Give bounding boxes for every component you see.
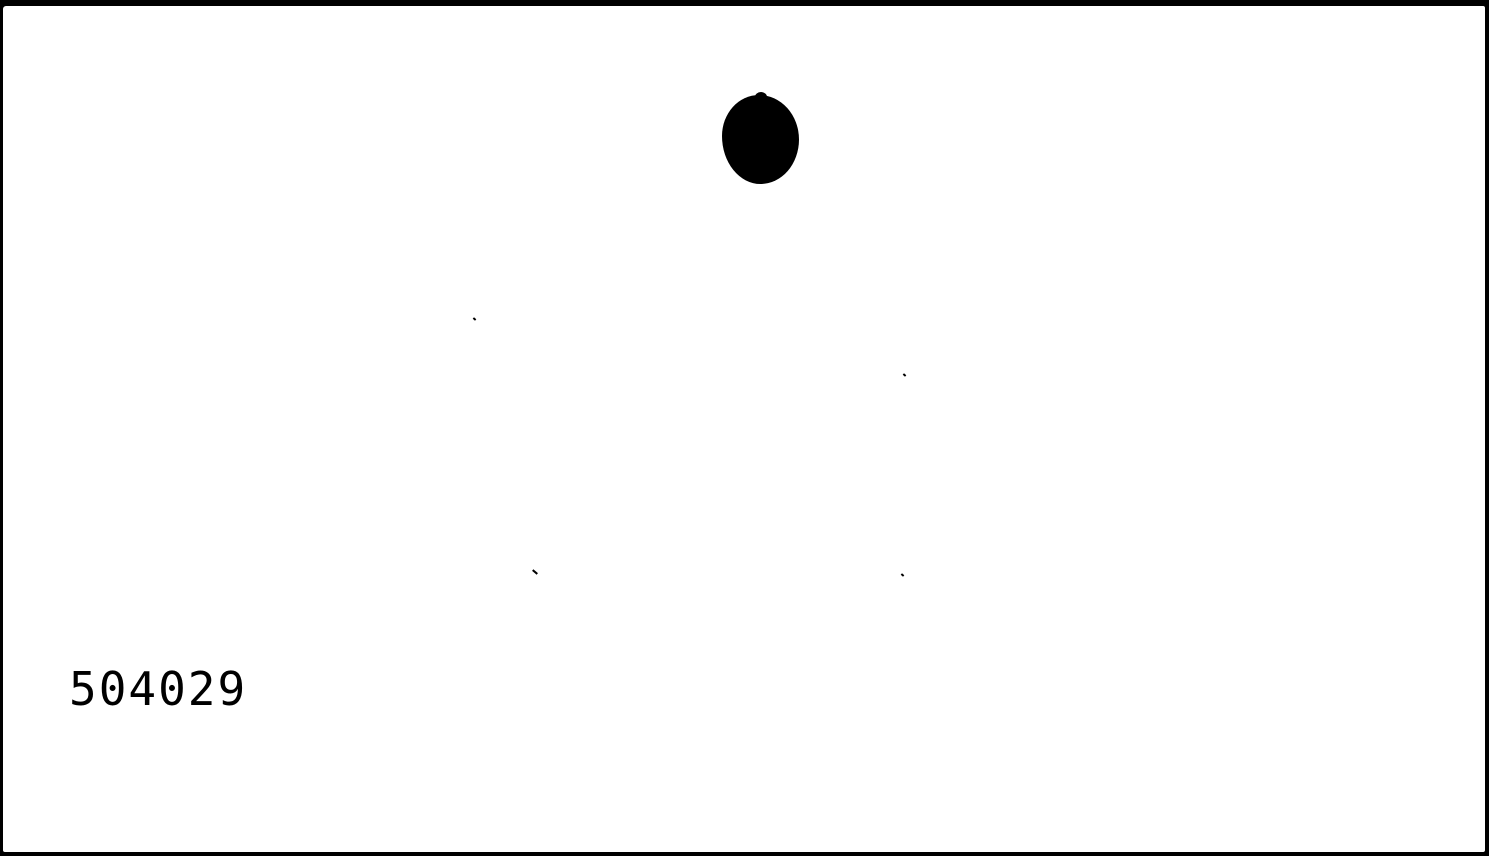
punched-hole [722,95,799,184]
scan-speck [903,373,907,376]
index-card: 504029 [3,6,1485,852]
scan-speck [532,569,538,574]
punched-hole-edge [755,92,767,102]
scan-speck [473,317,477,320]
scan-speck [901,573,905,576]
card-number: 504029 [69,666,247,712]
